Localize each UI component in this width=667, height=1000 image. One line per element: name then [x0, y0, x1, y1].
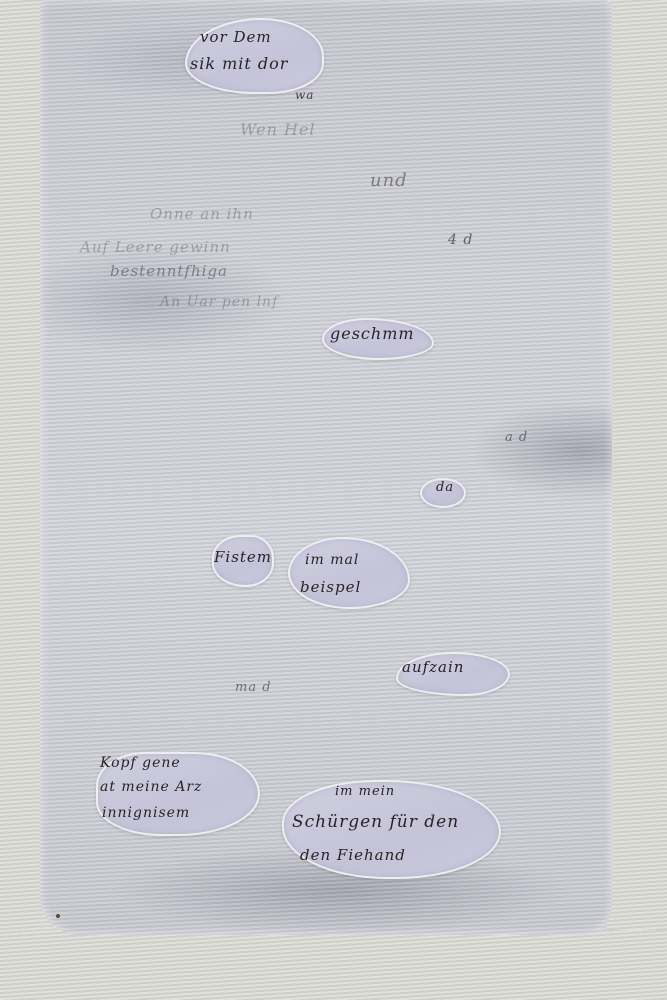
script-fragment: im mal	[305, 552, 359, 568]
faint-text: Onne an ihn	[150, 205, 254, 223]
script-fragment: da	[436, 480, 454, 495]
faint-text: ma d	[235, 680, 272, 695]
faint-text: bestenntfhiga	[110, 262, 228, 280]
paper-speck	[56, 914, 60, 918]
faint-text: und	[370, 170, 408, 191]
faint-text: a d	[505, 430, 528, 445]
script-fragment: vor Dem	[200, 28, 272, 46]
script-fragment: aufzain	[402, 658, 464, 676]
faint-text: 4 d	[448, 232, 473, 248]
script-fragment: sik mit dor	[190, 54, 288, 73]
script-fragment: innignisem	[102, 805, 190, 821]
faint-text: Auf Leere gewinn	[80, 238, 231, 256]
script-fragment: im mein	[335, 784, 395, 799]
outer-paper-left-edge	[0, 0, 44, 1000]
script-fragment: Kopf gene	[100, 755, 181, 771]
script-fragment: Schürgen für den	[292, 812, 459, 832]
faint-text: An Uar pen lnf	[160, 294, 278, 310]
paper-artwork-photo: Wen Hel und Onne an ihn Auf Leere gewinn…	[0, 0, 667, 1000]
script-fragment: den Fiehand	[300, 846, 406, 864]
outer-paper-bottom-edge	[0, 930, 667, 1000]
outer-paper-right-edge	[607, 0, 667, 1000]
script-fragment: Fistem	[214, 548, 272, 566]
faint-text: Wen Hel	[240, 120, 316, 139]
script-fragment: geschmm	[330, 324, 415, 343]
script-fragment: wa	[295, 88, 314, 102]
script-fragment: beispel	[300, 578, 361, 596]
script-fragment: at meine Arz	[100, 779, 202, 795]
